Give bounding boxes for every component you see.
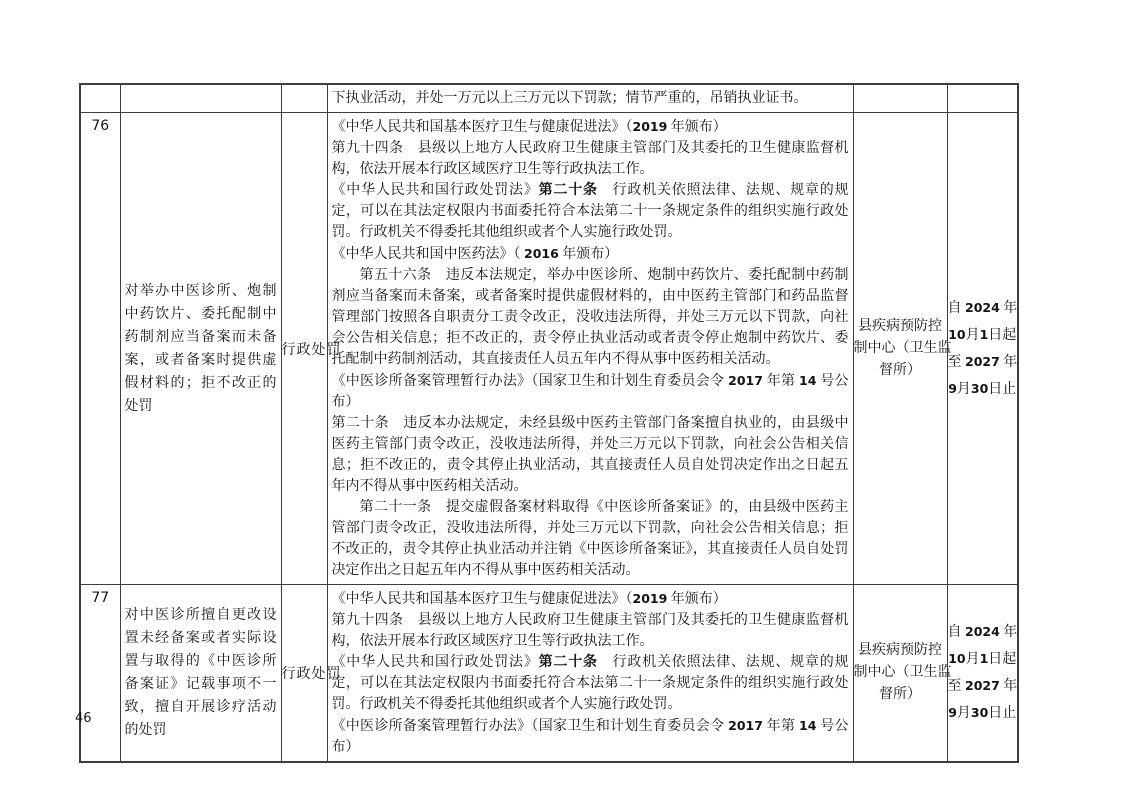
number-text: 9 <box>948 705 957 720</box>
legal-text: 《中华人民共和国中医药法》（ 2016 年颁布） <box>332 247 619 262</box>
agency-line: 县疾病预防控 <box>854 316 947 338</box>
legal-paragraph: 《中医诊所备案管理暂行办法》（国家卫生和计划生育委员会令 2017 年第 14 … <box>332 715 849 758</box>
penalty-item-cell: 对举办中医诊所、炮制中药饮片、委托配制中药制剂应当备案而未备案，或者备案时提供虚… <box>120 113 281 585</box>
legal-text: 《中华人民共和国基本医疗卫生与健康促进法》（2019 年颁布） <box>332 592 727 607</box>
period-line: 10月1日起 <box>948 322 1018 349</box>
agency-line: 制中心（卫生监 <box>854 662 947 684</box>
agency-line: 制中心（卫生监 <box>854 338 947 360</box>
number-text: 1 <box>980 327 989 342</box>
legal-text: 《中医诊所备案管理暂行办法》（国家卫生和计划生育委员会令 2017 年第 14 … <box>332 719 849 755</box>
number-text: 14 <box>799 718 816 733</box>
agency-cell: 县疾病预防控制中心（卫生监督所） <box>853 113 947 585</box>
legal-paragraph: 《中华人民共和国基本医疗卫生与健康促进法》（2019 年颁布） <box>332 588 849 610</box>
legal-article-bold: 第二十条 <box>539 183 598 198</box>
document-page: 下执业活动，并处一万元以上三万元以下罚款；情节严重的，吊销执业证书。76对举办中… <box>0 0 1122 793</box>
row-continuation: 下执业活动，并处一万元以上三万元以下罚款；情节严重的，吊销执业证书。 <box>80 84 1018 113</box>
legal-text: 第五十六条 违反本法规定，举办中医诊所、炮制中药饮片、委托配制中药制剂应当备案而… <box>332 268 849 367</box>
legal-text: 下执业活动，并处一万元以上三万元以下罚款；情节严重的，吊销执业证书。 <box>332 91 808 106</box>
agency-line: 督所） <box>854 360 947 382</box>
row-77: 77对中医诊所擅自更改设置未经备案或者实际设置与取得的《中医诊所备案证》记载事项… <box>80 585 1018 763</box>
legal-text: 第九十四条 县级以上地方人民政府卫生健康主管部门及其委托的卫生健康监督机构，依法… <box>332 141 849 177</box>
legal-text: 第九十四条 县级以上地方人民政府卫生健康主管部门及其委托的卫生健康监督机构，依法… <box>332 613 849 649</box>
period-line: 9月30日止 <box>948 376 1018 403</box>
legal-text: 《中华人民共和国行政处罚法》 <box>332 655 539 670</box>
number-text: 2027 <box>965 678 1000 693</box>
agency-line: 县疾病预防控 <box>854 640 947 662</box>
penalty-item-text: 对中医诊所擅自更改设置未经备案或者实际设置与取得的《中医诊所备案证》记载事项不一… <box>121 604 281 742</box>
penalty-table: 下执业活动，并处一万元以上三万元以下罚款；情节严重的，吊销执业证书。76对举办中… <box>79 83 1019 763</box>
legal-paragraph: 《中华人民共和国基本医疗卫生与健康促进法》（2019 年颁布） <box>332 116 849 138</box>
penalty-type-cell: 行政处罚 <box>281 113 327 585</box>
agency-cell <box>853 84 947 113</box>
penalty-table-body: 下执业活动，并处一万元以上三万元以下罚款；情节严重的，吊销执业证书。76对举办中… <box>80 84 1018 762</box>
penalty-type-cell: 行政处罚 <box>281 585 327 763</box>
legal-paragraph: 《中华人民共和国行政处罚法》第二十条 行政机关依照法律、法规、规章的规定，可以在… <box>332 652 849 715</box>
legal-paragraph: 第二十一条 提交虚假备案材料取得《中医诊所备案证》的，由县级中医药主管部门责令改… <box>332 497 849 581</box>
period-line: 至 2027 年 <box>948 673 1018 700</box>
number-text: 2027 <box>965 354 1000 369</box>
legal-text: 《中医诊所备案管理暂行办法》（国家卫生和计划生育委员会令 2017 年第 14 … <box>332 374 849 410</box>
number-text: 2017 <box>728 718 763 733</box>
number-text: 30 <box>971 381 988 396</box>
period-cell: 自 2024 年10月1日起至 2027 年9月30日止 <box>947 113 1018 585</box>
period-line: 10月1日起 <box>948 646 1018 673</box>
period-cell <box>947 84 1018 113</box>
legal-text: 第二十条 违反本办法规定，未经县级中医药主管部门备案擅自执业的，由县级中医药主管… <box>332 416 849 494</box>
legal-text: 《中华人民共和国基本医疗卫生与健康促进法》（2019 年颁布） <box>332 120 727 135</box>
number-text: 2019 <box>633 591 668 606</box>
penalty-item-text: 对举办中医诊所、炮制中药饮片、委托配制中药制剂应当备案而未备案，或者备案时提供虚… <box>121 280 281 418</box>
legal-paragraph: 《中华人民共和国中医药法》（ 2016 年颁布） <box>332 243 849 265</box>
legal-basis-cell: 下执业活动，并处一万元以上三万元以下罚款；情节严重的，吊销执业证书。 <box>327 84 853 113</box>
number-text: 10 <box>948 327 965 342</box>
legal-basis-cell: 《中华人民共和国基本医疗卫生与健康促进法》（2019 年颁布）第九十四条 县级以… <box>327 113 853 585</box>
row-76: 76对举办中医诊所、炮制中药饮片、委托配制中药制剂应当备案而未备案，或者备案时提… <box>80 113 1018 585</box>
number-text: 14 <box>799 373 816 388</box>
legal-paragraph: 《中华人民共和国行政处罚法》第二十条 行政机关依照法律、法规、规章的规定，可以在… <box>332 180 849 243</box>
legal-paragraph: 第二十条 违反本办法规定，未经县级中医药主管部门备案擅自执业的，由县级中医药主管… <box>332 413 849 497</box>
penalty-item-cell <box>120 84 281 113</box>
number-text: 10 <box>948 651 965 666</box>
period-line: 自 2024 年 <box>948 619 1018 646</box>
legal-article-bold: 第二十条 <box>539 655 598 670</box>
agency-line: 督所） <box>854 684 947 706</box>
period-line: 至 2027 年 <box>948 349 1018 376</box>
period-line: 自 2024 年 <box>948 295 1018 322</box>
penalty-type-cell <box>281 84 327 113</box>
legal-paragraph: 《中医诊所备案管理暂行办法》（国家卫生和计划生育委员会令 2017 年第 14 … <box>332 370 849 413</box>
number-text: 2024 <box>965 624 1000 639</box>
number-text: 2019 <box>633 119 668 134</box>
legal-text: 《中华人民共和国行政处罚法》 <box>332 183 539 198</box>
legal-paragraph: 第五十六条 违反本法规定，举办中医诊所、炮制中药饮片、委托配制中药制剂应当备案而… <box>332 265 849 370</box>
row-number-cell: 77 <box>80 585 120 763</box>
period-line: 9月30日止 <box>948 700 1018 727</box>
number-text: 9 <box>948 381 957 396</box>
agency-cell: 县疾病预防控制中心（卫生监督所） <box>853 585 947 763</box>
number-text: 2024 <box>965 300 1000 315</box>
number-text: 1 <box>980 651 989 666</box>
page-number: 46 <box>75 711 92 726</box>
legal-paragraph: 下执业活动，并处一万元以上三万元以下罚款；情节严重的，吊销执业证书。 <box>332 88 849 109</box>
legal-text: 第二十一条 提交虚假备案材料取得《中医诊所备案证》的，由县级中医药主管部门责令改… <box>332 500 849 578</box>
row-number-cell <box>80 84 120 113</box>
number-text: 30 <box>971 705 988 720</box>
number-text: 2017 <box>728 373 763 388</box>
row-number-cell: 76 <box>80 113 120 585</box>
period-cell: 自 2024 年10月1日起至 2027 年9月30日止 <box>947 585 1018 763</box>
legal-paragraph: 第九十四条 县级以上地方人民政府卫生健康主管部门及其委托的卫生健康监督机构，依法… <box>332 610 849 652</box>
legal-paragraph: 第九十四条 县级以上地方人民政府卫生健康主管部门及其委托的卫生健康监督机构，依法… <box>332 138 849 180</box>
legal-basis-cell: 《中华人民共和国基本医疗卫生与健康促进法》（2019 年颁布）第九十四条 县级以… <box>327 585 853 763</box>
penalty-item-cell: 对中医诊所擅自更改设置未经备案或者实际设置与取得的《中医诊所备案证》记载事项不一… <box>120 585 281 763</box>
number-text: 2016 <box>524 246 559 261</box>
